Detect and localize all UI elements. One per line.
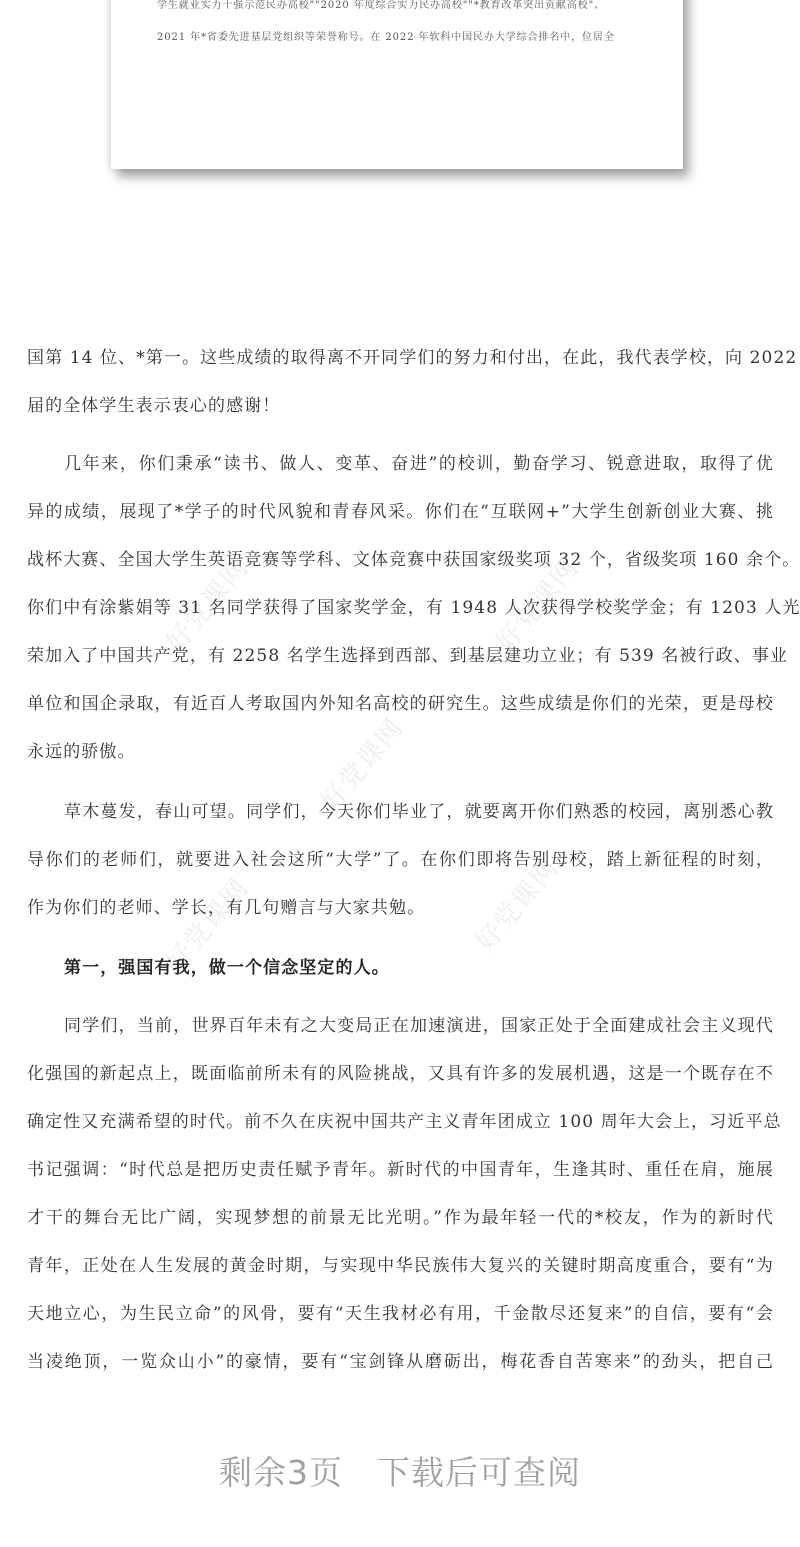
text-line: 作为你们的老师、学长，有几句赠言与大家共勉。 [27,896,774,920]
text-line: 确定性又充满希望的时代。前不久在庆祝中国共产主义青年团成立 100 周年大会上，… [27,1110,774,1134]
previous-page-line: 2021 年*省委先进基层党组织等荣誉称号。在 2022 年软科中国民办大学综合… [157,28,615,43]
text-line: 天地立心，为生民立命”的风骨，要有“天生我材必有用，千金散尽还复来”的自信，要有… [27,1302,774,1326]
text-line: 导你们的老师们，就要进入社会这所“大学”了。在你们即将告别母校，踏上新征程的时刻… [27,848,774,872]
text-line: 青年，正处在人生发展的黄金时期，与实现中华民族伟大复兴的关键时期高度重合，要有“… [27,1254,774,1278]
text-line: 当凌绝顶，一览众山小”的豪情，要有“宝剑锋从磨砺出，梅花香自苦寒来”的劲头，把自… [27,1350,774,1374]
text-line: 化强国的新起点上，既面临前所未有的风险挑战，又具有许多的发展机遇，这是一个既存在… [27,1062,774,1086]
text-line: 届的全体学生表示衷心的感谢！ [27,394,774,418]
text-line: 草木蔓发，春山可望。同学们，今天你们毕业了，就要离开你们熟悉的校园，离别悉心教 [64,800,774,824]
text-line: 书记强调：“时代总是把历史责任赋予青年。新时代的中国青年，生逢其时、重任在肩，施… [27,1158,774,1182]
text-line: 单位和国企录取，有近百人考取国内外知名高校的研究生。这些成绩是你们的光荣，更是母… [27,692,774,716]
text-line: 国第 14 位、*第一。这些成绩的取得离不开同学们的努力和付出，在此，我代表学校… [27,346,774,370]
remaining-pages-prompt[interactable]: 剩余3页下载后可查阅 [0,1447,800,1494]
previous-page-card: 学生就业实力十强示范民办高校""2020 年度综合实力民办高校""*教育改革突出… [111,0,683,169]
text-line: 你们中有涂紫娟等 31 名同学获得了国家奖学金，有 1948 人次获得学校奖学金… [27,596,774,620]
text-line: 同学们，当前，世界百年未有之大变局正在加速演进，国家正处于全面建成社会主义现代 [64,1014,774,1038]
text-line: 才干的舞台无比广阔，实现梦想的前景无比光明。”作为最年轻一代的*校友，作为的新时… [27,1206,774,1230]
previous-page-line: 学生就业实力十强示范民办高校""2020 年度综合实力民办高校""*教育改革突出… [157,0,605,11]
section-heading: 第一，强国有我，做一个信念坚定的人。 [64,956,774,980]
remaining-pages-label: 剩余3页 [219,1453,343,1492]
text-line: 永远的骄傲。 [27,740,774,764]
download-to-view-label: 下载后可查阅 [377,1453,581,1492]
text-line: 异的成绩，展现了*学子的时代风貌和青春风采。你们在“互联网+”大学生创新创业大赛… [27,500,774,524]
text-line: 几年来，你们秉承“读书、做人、变革、奋进”的校训，勤奋学习、锐意进取，取得了优 [64,452,774,476]
text-line: 战杯大赛、全国大学生英语竞赛等学科、文体竞赛中获国家级奖项 32 个，省级奖项 … [27,548,774,572]
text-line: 荣加入了中国共产党，有 2258 名学生选择到西部、到基层建功立业；有 539 … [27,644,774,668]
